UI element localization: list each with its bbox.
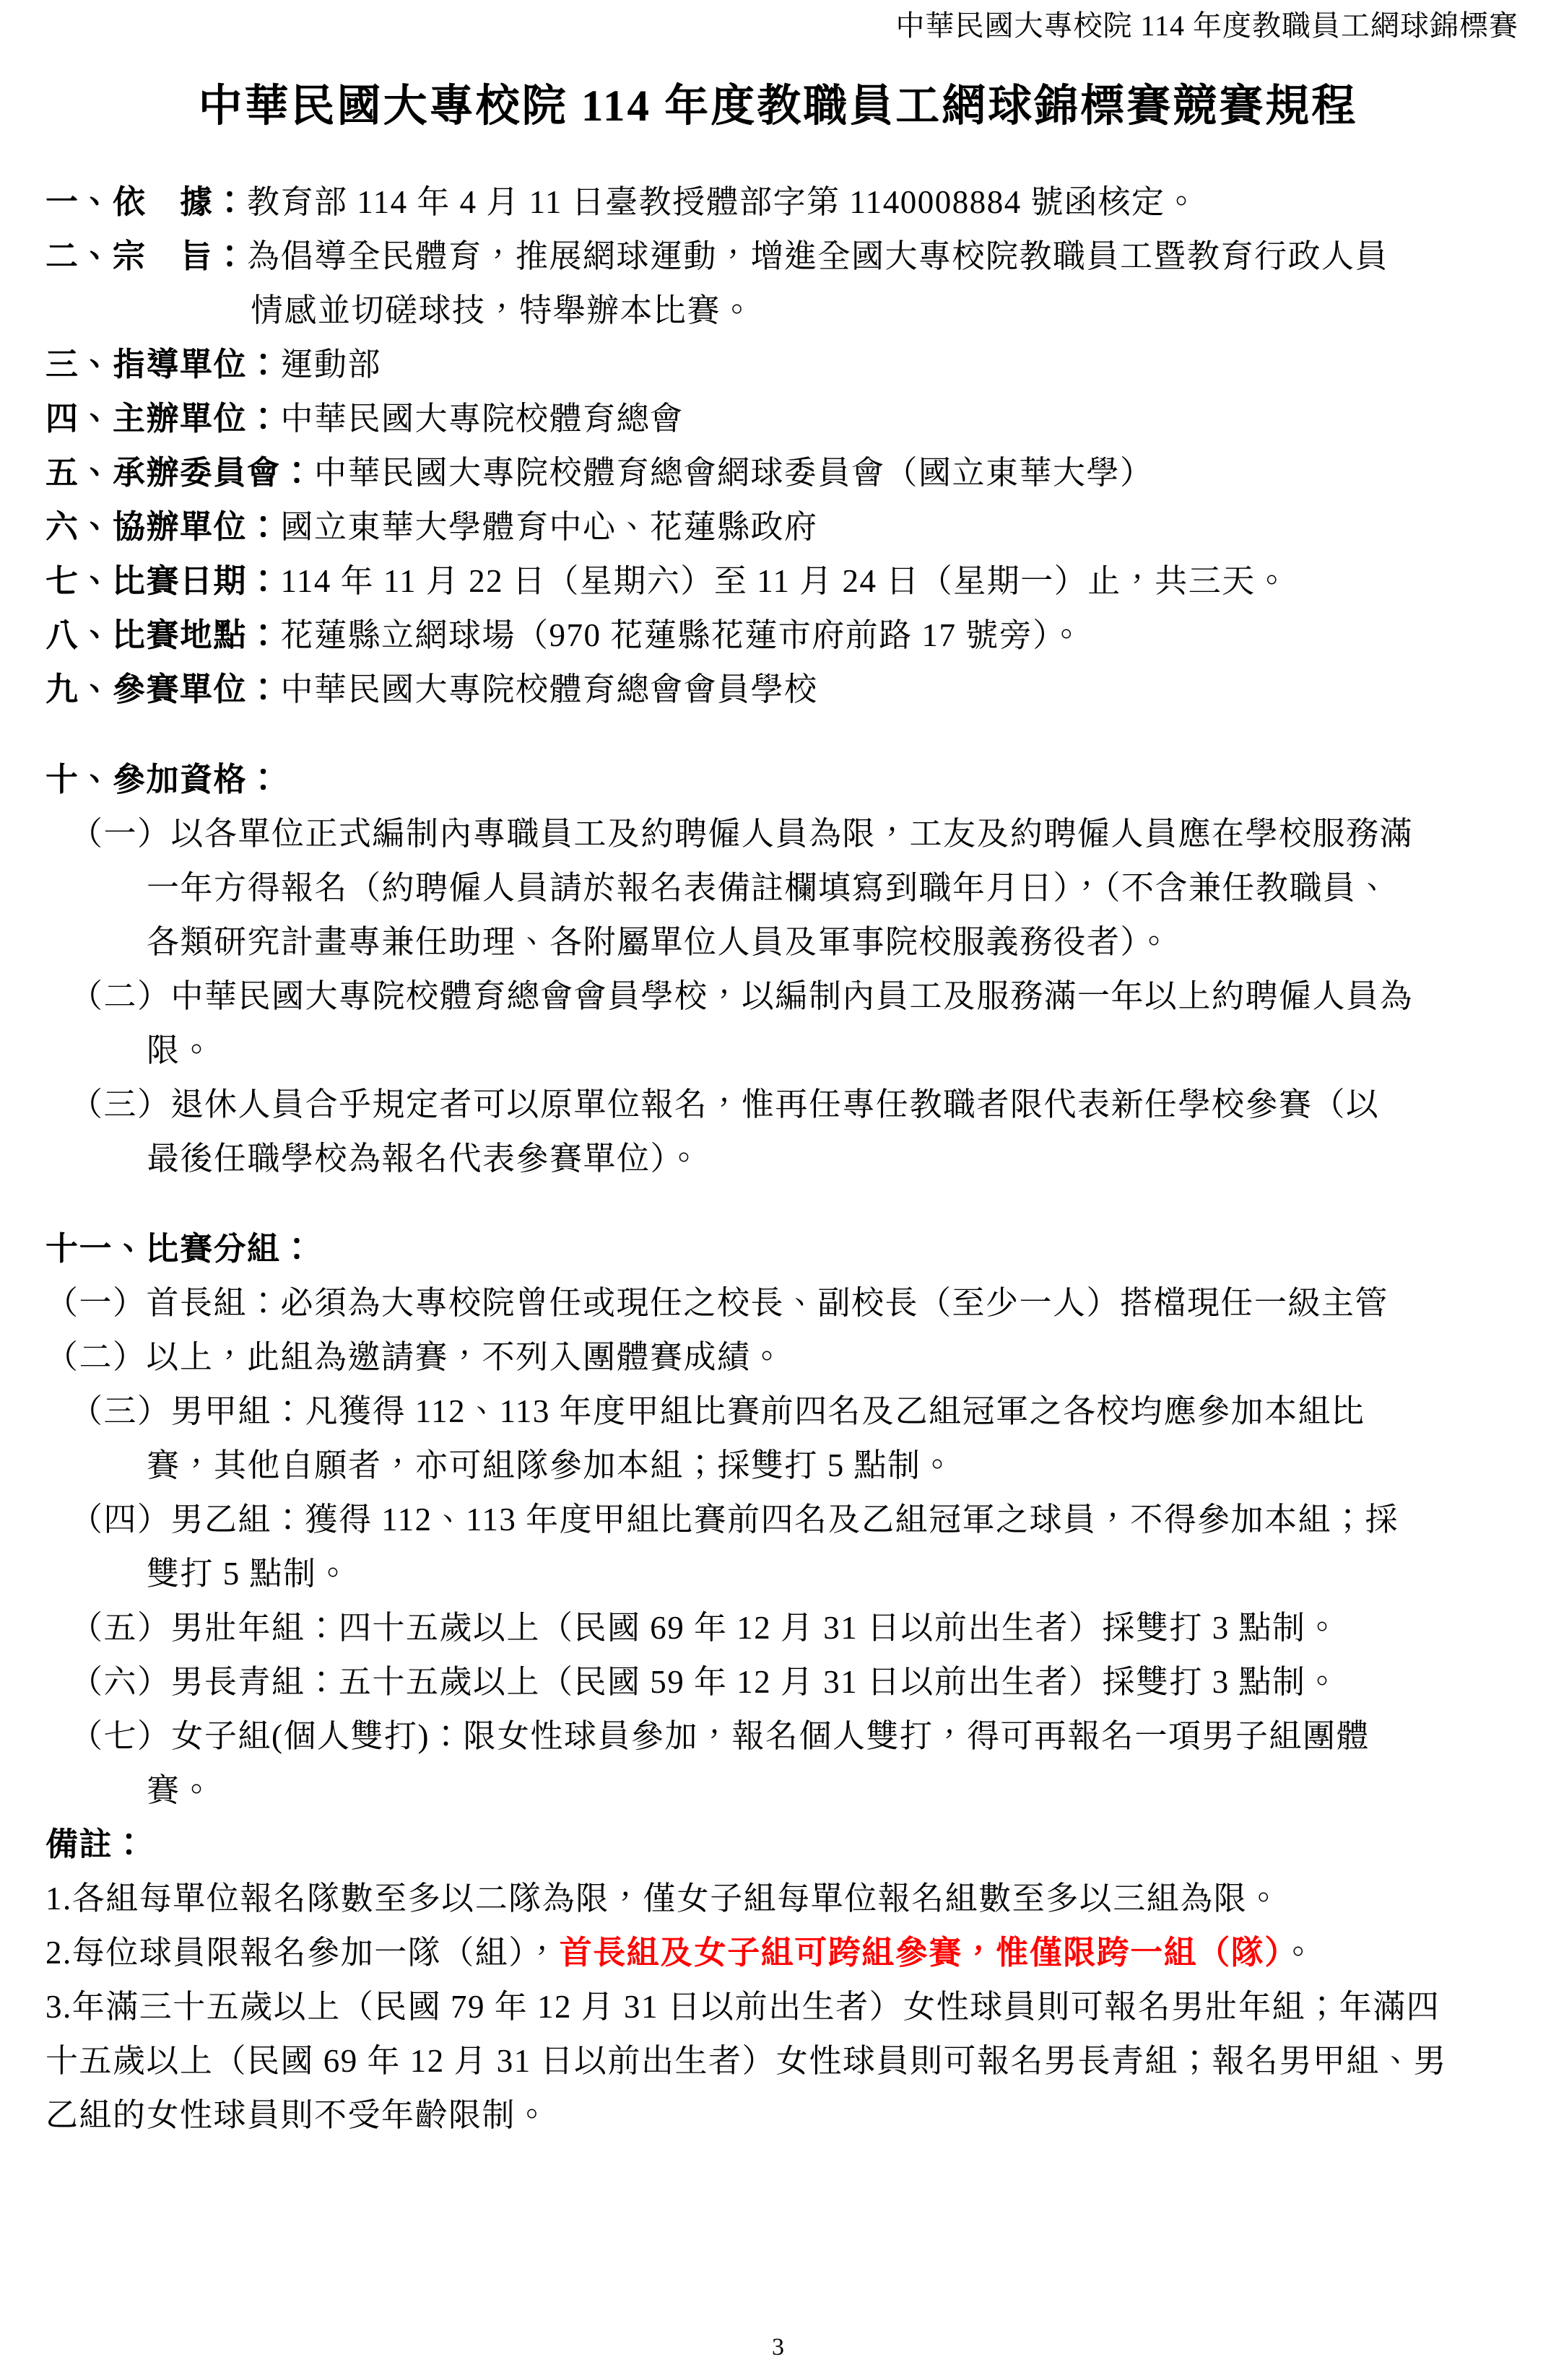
remarks-note-2-suffix: 。 [1282,1935,1316,1971]
remarks-note-2-prefix: 2.每位球員限報名參加一隊（組）， [45,1935,560,1971]
s10-clause-3-line-2: 最後任職學校為報名代表參賽單位）。 [0,1132,1516,1186]
item-9-text: 中華民國大專院校體育總會會員學校 [281,671,818,707]
document-body: 一、依 據：教育部 114 年 4 月 11 日臺教授體部字第 11400088… [0,175,1516,2143]
item-2-text: 為倡導全民體育，推展網球運動，增進全國大專校院教職員工暨教育行政人員 [247,238,1388,274]
item-1-basis: 一、依 據：教育部 114 年 4 月 11 日臺教授體部字第 11400088… [0,175,1516,230]
document-page: 中華民國大專校院 114 年度教職員工網球錦標賽 中華民國大專校院 114 年度… [0,0,1556,2380]
item-9-participants: 九、參賽單位：中華民國大專院校體育總會會員學校 [0,663,1516,717]
item-2-label: 二、宗 旨： [45,238,247,274]
item-3-advisor: 三、指導單位：運動部 [0,338,1516,392]
s11-clause-4-line-2: 雙打 5 點制。 [0,1547,1516,1601]
item-6-label: 六、協辦單位： [45,509,281,545]
item-7-text: 114 年 11 月 22 日（星期六）至 11 月 24 日（星期一）止，共三… [281,563,1290,599]
s10-clause-2-line-2: 限。 [0,1024,1516,1078]
s11-clause-1-line-1: （一）首長組：必須為大專校院曾任或現任之校長、副校長（至少一人）搭檔現任一級主管 [0,1276,1516,1330]
item-9-label: 九、參賽單位： [45,671,281,707]
s11-clause-3-line-1: （三）男甲組：凡獲得 112、113 年度甲組比賽前四名及乙組冠軍之各校均應參加… [0,1385,1516,1439]
item-7-dates: 七、比賽日期：114 年 11 月 22 日（星期六）至 11 月 24 日（星… [0,554,1516,609]
remarks-note-3-line-2: 十五歲以上（民國 69 年 12 月 31 日以前出生者）女性球員則可報名男長青… [0,2034,1516,2088]
s10-clause-1-line-3: 各類研究計畫專兼任助理、各附屬單位人員及軍事院校服義務役者）。 [0,915,1516,969]
item-2-purpose: 二、宗 旨：為倡導全民體育，推展網球運動，增進全國大專校院教職員工暨教育行政人員 [0,230,1516,284]
item-3-text: 運動部 [281,346,382,383]
s10-clause-3-line-1: （三）退休人員合乎規定者可以原單位報名，惟再任專任教職者限代表新任學校參賽（以 [0,1078,1516,1132]
s10-clause-1-line-1: （一）以各單位正式編制內專職員工及約聘僱人員為限，工友及約聘僱人員應在學校服務滿 [0,807,1516,861]
section-10-heading: 十、參加資格： [0,753,1516,807]
remarks-note-2: 2.每位球員限報名參加一隊（組），首長組及女子組可跨組參賽，惟僅限跨一組（隊）。 [0,1926,1516,1980]
item-1-label: 一、依 據： [45,184,247,220]
s11-clause-7-line-1: （七）女子組(個人雙打)：限女性球員參加，報名個人雙打，得可再報名一項男子組團體 [0,1709,1516,1764]
s11-clause-7-line-2: 賽。 [0,1764,1516,1818]
item-4-label: 四、主辦單位： [45,401,281,437]
item-4-text: 中華民國大專院校體育總會 [281,401,684,437]
s11-clause-4-line-1: （四）男乙組：獲得 112、113 年度甲組比賽前四名及乙組冠軍之球員，不得參加… [0,1493,1516,1547]
item-5-label: 五、承辦委員會： [45,455,314,491]
s11-clause-2-line-1: （二）以上，此組為邀請賽，不列入團體賽成績。 [0,1330,1516,1385]
item-3-label: 三、指導單位： [45,346,281,383]
item-8-label: 八、比賽地點： [45,617,281,653]
item-7-label: 七、比賽日期： [45,563,281,599]
item-1-text: 教育部 114 年 4 月 11 日臺教授體部字第 1140008884 號函核… [247,184,1199,220]
item-8-text: 花蓮縣立網球場（970 花蓮縣花蓮市府前路 17 號旁）。 [281,617,1084,653]
page-title: 中華民國大專校院 114 年度教職員工網球錦標賽競賽規程 [0,71,1556,134]
item-2-continuation: 情感並切磋球技，特舉辦本比賽。 [0,284,1516,338]
item-6-coorganizer: 六、協辦單位：國立東華大學體育中心、花蓮縣政府 [0,500,1516,554]
item-8-venue: 八、比賽地點：花蓮縣立網球場（970 花蓮縣花蓮市府前路 17 號旁）。 [0,609,1516,663]
remarks-note-3-line-1: 3.年滿三十五歲以上（民國 79 年 12 月 31 日以前出生者）女性球員則可… [0,1980,1516,2034]
remarks-note-2-emphasis: 首長組及女子組可跨組參賽，惟僅限跨一組（隊） [560,1935,1282,1971]
s11-clause-6-line-1: （六）男長青組：五十五歲以上（民國 59 年 12 月 31 日以前出生者）採雙… [0,1655,1516,1709]
s11-clause-5-line-1: （五）男壯年組：四十五歲以上（民國 69 年 12 月 31 日以前出生者）採雙… [0,1601,1516,1655]
remarks-note-1: 1.各組每單位報名隊數至多以二隊為限，僅女子組每單位報名組數至多以三組為限。 [0,1872,1516,1926]
page-number: 3 [0,2334,1556,2361]
remarks-heading: 備註： [0,1818,1516,1872]
running-header: 中華民國大專校院 114 年度教職員工網球錦標賽 [895,9,1518,43]
item-5-committee: 五、承辦委員會：中華民國大專院校體育總會網球委員會（國立東華大學） [0,446,1516,500]
s10-clause-2-line-1: （二）中華民國大專院校體育總會會員學校，以編制內員工及服務滿一年以上約聘僱人員為 [0,969,1516,1024]
remarks-note-3-line-3: 乙組的女性球員則不受年齡限制。 [0,2088,1516,2143]
item-5-text: 中華民國大專院校體育總會網球委員會（國立東華大學） [314,455,1154,491]
section-11-heading: 十一、比賽分組： [0,1222,1516,1276]
s11-clause-3-line-2: 賽，其他自願者，亦可組隊參加本組；採雙打 5 點制。 [0,1439,1516,1493]
item-6-text: 國立東華大學體育中心、花蓮縣政府 [281,509,818,545]
s10-clause-1-line-2: 一年方得報名（約聘僱人員請於報名表備註欄填寫到職年月日），（不含兼任教職員、 [0,861,1516,915]
item-4-organizer: 四、主辦單位：中華民國大專院校體育總會 [0,392,1516,446]
